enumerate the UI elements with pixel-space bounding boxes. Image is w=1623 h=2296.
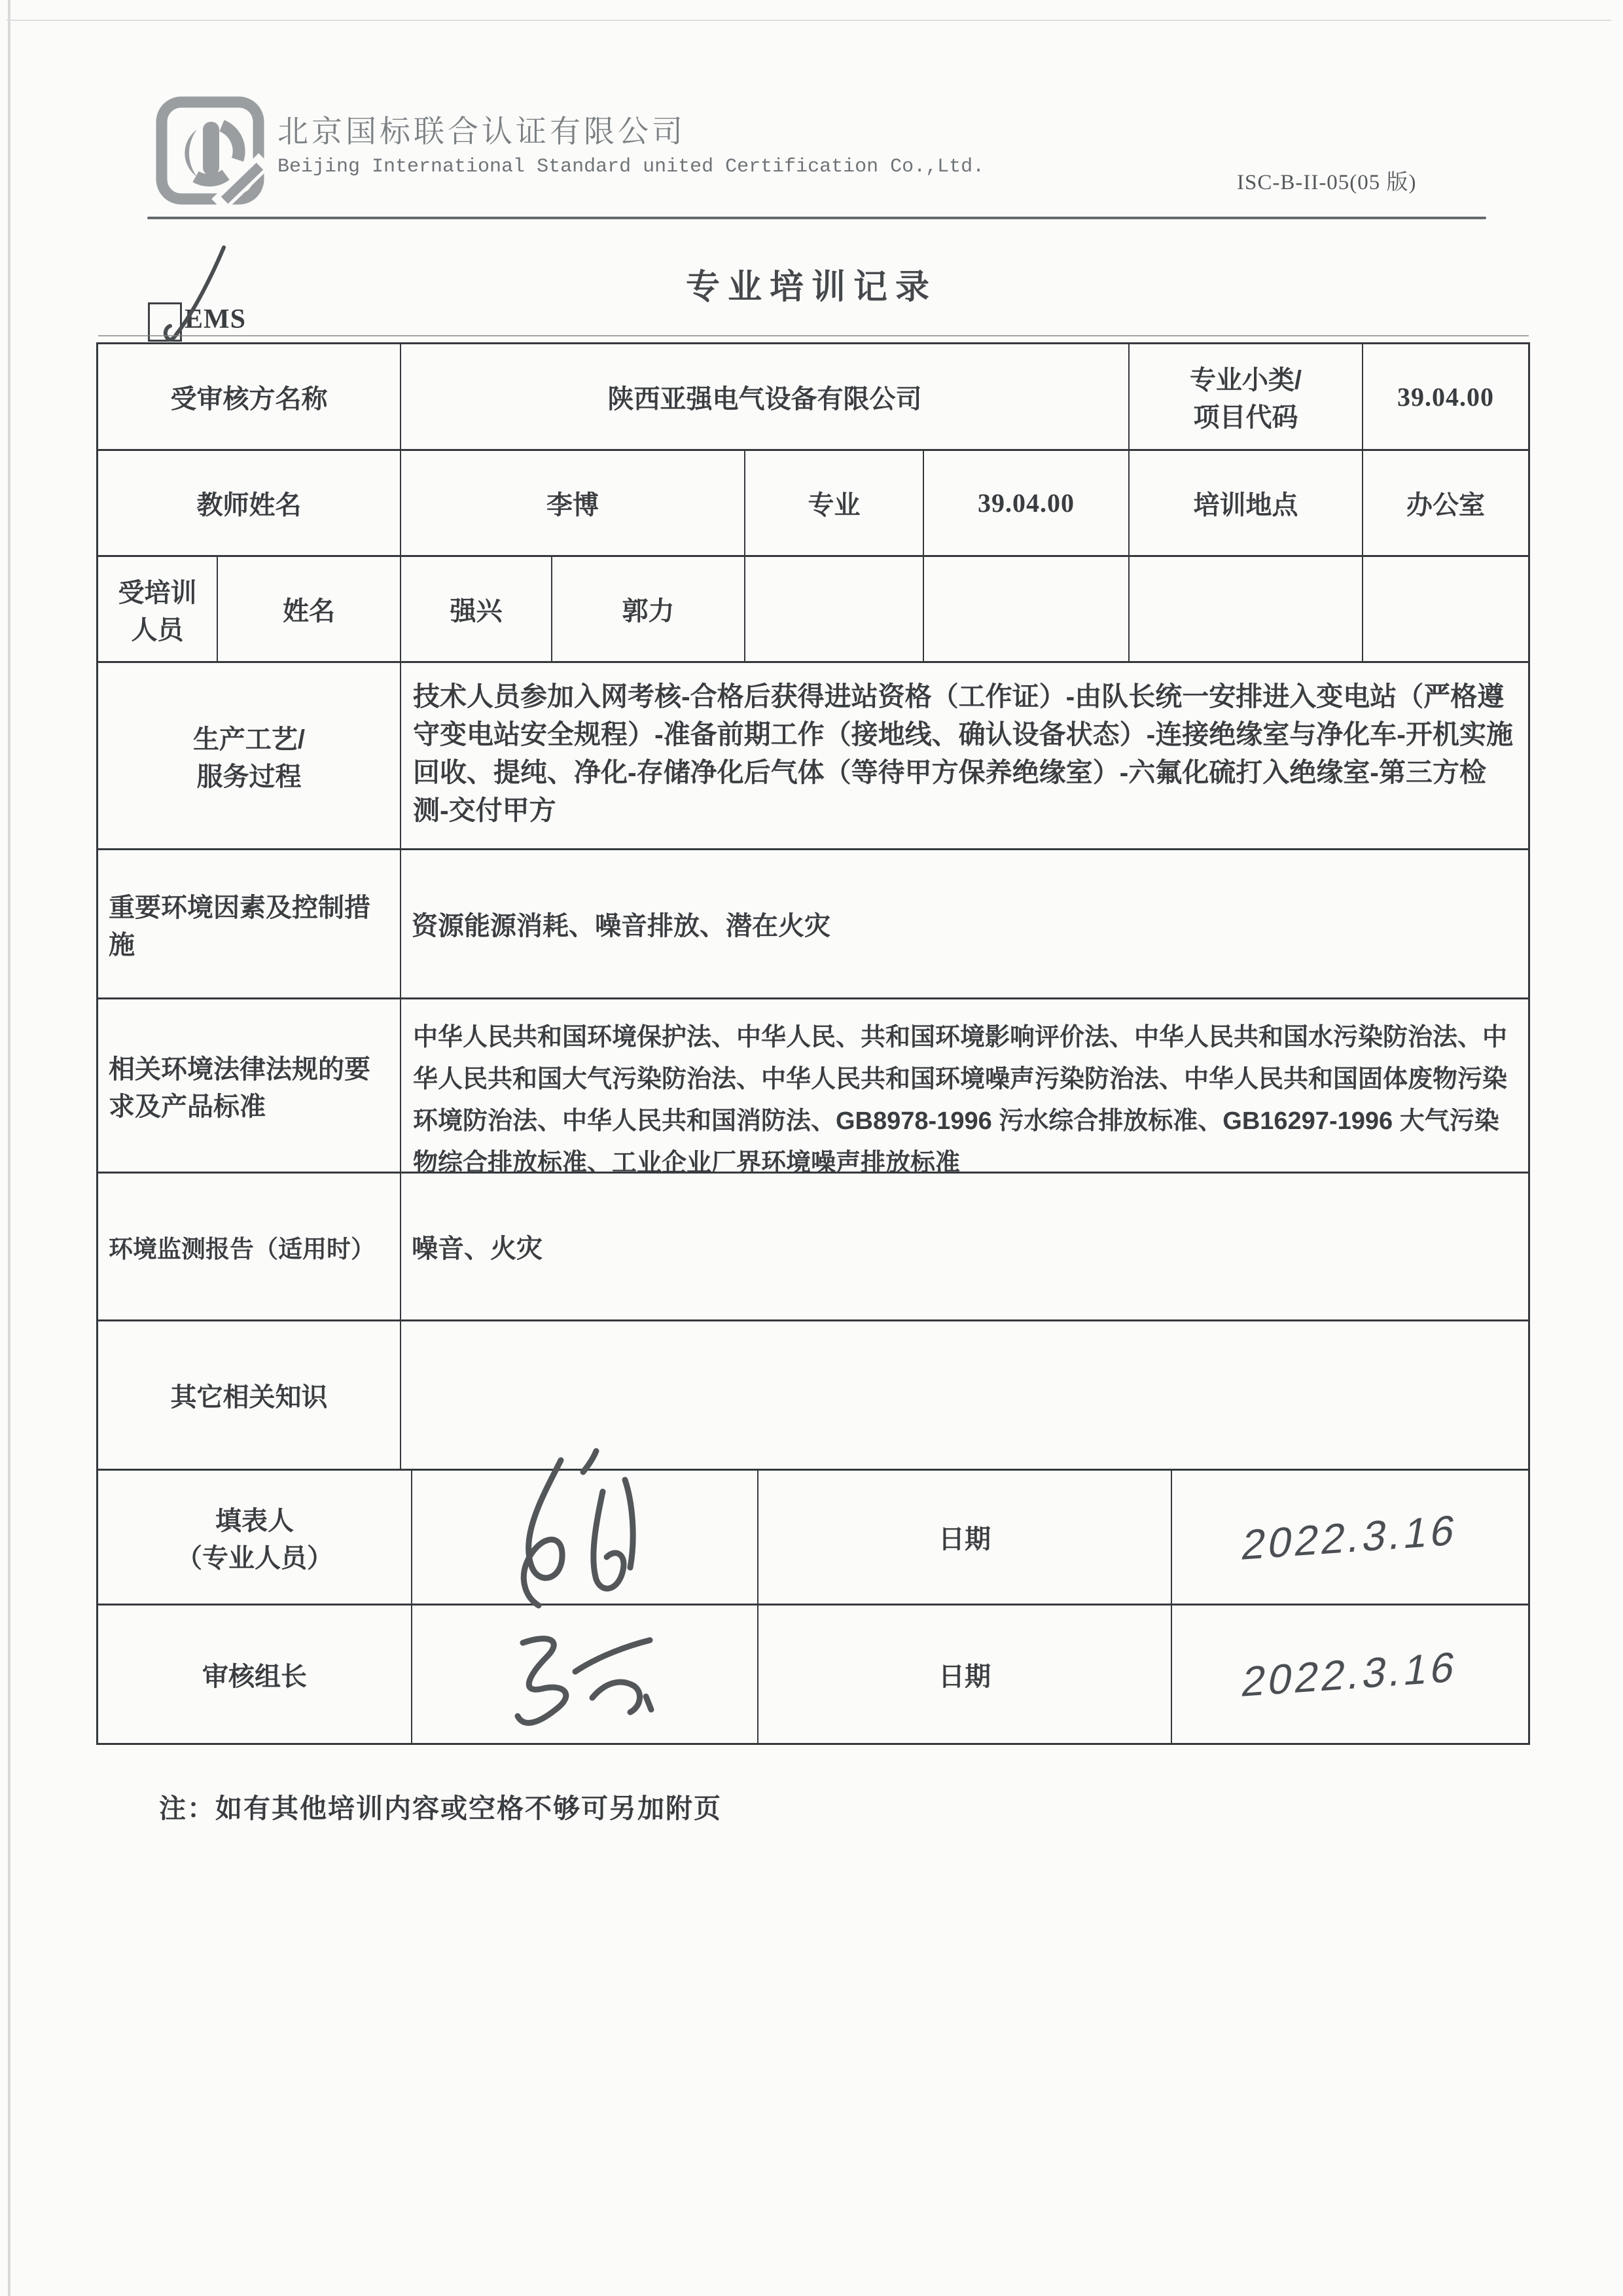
trainee-name-empty <box>1363 557 1528 661</box>
laws-label: 相关环境法律法规的要求及产品标准 <box>98 999 401 1172</box>
training-record-table: 受审核方名称 陕西亚强电气设备有限公司 专业小类/ 项目代码 39.04.00 … <box>96 342 1530 1745</box>
trainees-label: 受培训 人员 <box>98 557 218 661</box>
env-factors-value: 资源能源消耗、噪音排放、潜在火灾 <box>401 850 1528 997</box>
monitor-report-label: 环境监测报告（适用时） <box>98 1174 401 1319</box>
table-row: 教师姓名 李博 专业 39.04.00 培训地点 办公室 <box>98 451 1528 557</box>
table-row: 环境监测报告（适用时） 噪音、火灾 <box>98 1174 1528 1321</box>
trainee-name-2: 郭力 <box>552 557 745 661</box>
table-row: 受培训 人员 姓名 强兴 郭力 <box>98 557 1528 663</box>
other-knowledge-label: 其它相关知识 <box>98 1321 401 1469</box>
monitor-report-value: 噪音、火灾 <box>401 1174 1528 1319</box>
subcategory-value: 39.04.00 <box>1363 344 1528 449</box>
filler-signature-icon <box>477 1446 693 1629</box>
laws-value: 中华人民共和国环境保护法、中华人民、共和国环境影响评价法、中华人民共和国水污染防… <box>401 999 1528 1172</box>
reviewer-date-value: 2022.3.16 <box>1172 1605 1528 1743</box>
filler-date-label: 日期 <box>758 1471 1172 1604</box>
filler-date-value: 2022.3.16 <box>1172 1471 1528 1604</box>
teacher-label: 教师姓名 <box>98 451 401 555</box>
trainee-name-empty <box>1130 557 1363 661</box>
filler-date-handwriting: 2022.3.16 <box>1238 1505 1462 1569</box>
process-label: 生产工艺/ 服务过程 <box>98 663 401 848</box>
footnote: 注：如有其他培训内容或空格不够可另加附页 <box>159 1787 722 1825</box>
table-top-scanline <box>98 335 1529 336</box>
isc-logo-icon <box>155 96 265 208</box>
trainee-name-1: 强兴 <box>401 557 552 661</box>
table-row: 审核组长 日期 2022.3.16 <box>98 1605 1528 1743</box>
table-row: 重要环境因素及控制措施 资源能源消耗、噪音排放、潜在火灾 <box>98 850 1528 999</box>
header-divider <box>147 217 1486 219</box>
auditee-value: 陕西亚强电气设备有限公司 <box>401 344 1130 449</box>
reviewer-signature-cell <box>412 1605 758 1743</box>
env-factors-label: 重要环境因素及控制措施 <box>98 850 401 997</box>
table-row: 其它相关知识 <box>98 1321 1528 1471</box>
subcategory-label: 专业小类/ 项目代码 <box>1130 344 1363 449</box>
trainee-name-empty <box>924 557 1130 661</box>
table-row: 填表人 （专业人员） 日期 2022.3.16 <box>98 1471 1528 1605</box>
location-value: 办公室 <box>1363 451 1528 555</box>
major-label: 专业 <box>745 451 924 555</box>
filler-signature-cell <box>412 1471 758 1604</box>
location-label: 培训地点 <box>1130 451 1363 555</box>
trainee-name-label: 姓名 <box>218 557 401 661</box>
reviewer-label: 审核组长 <box>98 1605 412 1743</box>
scan-edge-artifact <box>8 0 10 2296</box>
reviewer-date-label: 日期 <box>758 1605 1172 1743</box>
company-name-en: Beijing International Standard united Ce… <box>277 156 984 178</box>
auditee-label: 受审核方名称 <box>98 344 401 449</box>
document-code: ISC-B-II-05(05 版) <box>1237 165 1459 196</box>
reviewer-date-handwriting: 2022.3.16 <box>1238 1642 1462 1706</box>
company-name-cn: 北京国标联合认证有限公司 <box>277 107 686 151</box>
major-value: 39.04.00 <box>924 451 1130 555</box>
table-row: 相关环境法律法规的要求及产品标准 中华人民共和国环境保护法、中华人民、共和国环境… <box>98 999 1528 1174</box>
ems-checkbox-group: EMS <box>140 242 284 353</box>
table-row: 生产工艺/ 服务过程 技术人员参加入网考核-合格后获得进站资格（工作证）-由队长… <box>98 663 1528 850</box>
reviewer-signature-icon <box>477 1609 693 1740</box>
process-value: 技术人员参加入网考核-合格后获得进站资格（工作证）-由队长统一安排进入变电站（严… <box>401 663 1528 848</box>
teacher-value: 李博 <box>401 451 745 555</box>
scan-top-artifact <box>7 20 1611 21</box>
filler-label: 填表人 （专业人员） <box>98 1471 412 1604</box>
handwritten-check-icon <box>140 242 284 353</box>
table-row: 受审核方名称 陕西亚强电气设备有限公司 专业小类/ 项目代码 39.04.00 <box>98 344 1528 451</box>
trainee-name-empty <box>745 557 924 661</box>
